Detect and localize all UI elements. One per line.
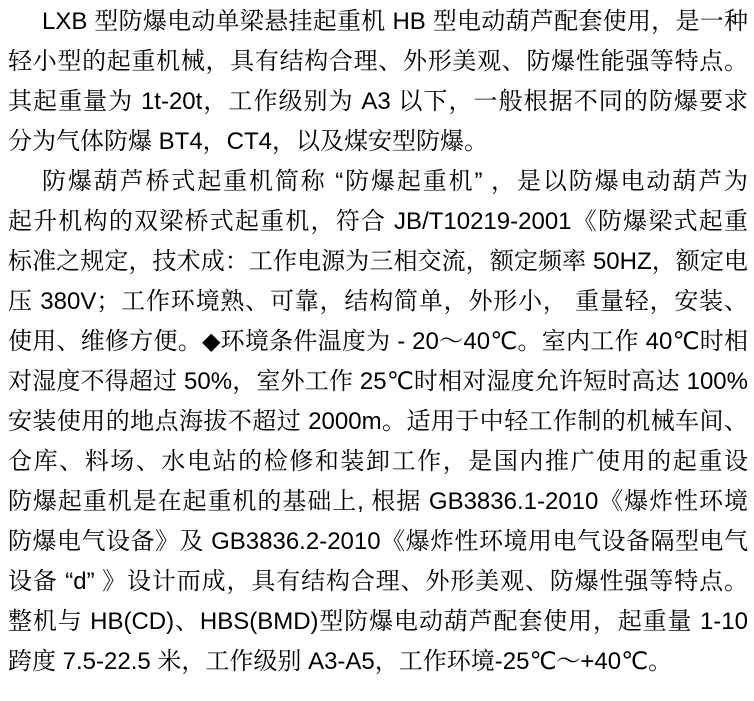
text-line: 分为气体防爆 BT4，CT4，以及煤安型防爆。 — [8, 122, 748, 162]
text-line: 跨度 7.5-22.5 米，工作级别 A3-A5，工作环境-25℃～+40℃。 — [8, 642, 748, 682]
text-line: LXB 型防爆电动单梁悬挂起重机 HB 型电动葫芦配套使用，是一种 — [8, 2, 748, 42]
text-line: 起升机构的双梁桥式起重机，符合 JB/T10219-2001《防爆梁式起重机》 — [8, 202, 748, 242]
text-line: 对湿度不得超过 50%，室外工作 25℃时相对湿度允许短时高达 100% 。 — [8, 362, 748, 402]
text-line: 仓库、料场、水电站的检修和装卸工作，是国内推广使用的起重设备。 — [8, 442, 748, 482]
text-line: 轻小型的起重机械，具有结构合理、外形美观、防爆性能强等特点。 — [8, 42, 748, 82]
text-line: 防爆葫芦桥式起重机简称 “防爆起重机” ，是以防爆电动葫芦为 — [8, 162, 748, 202]
document-page: LXB 型防爆电动单梁悬挂起重机 HB 型电动葫芦配套使用，是一种轻小型的起重机… — [0, 0, 754, 701]
text-line: 安装使用的地点海拔不超过 2000m。适用于中轻工作制的机械车间、 — [8, 402, 748, 442]
text-line: 压 380V；工作环境熟、可靠，结构简单，外形小， 重量轻，安装、 — [8, 282, 748, 322]
text-line: 整机与 HB(CD)、HBS(BMD)型防爆电动葫芦配套使用，起重量 1-10 … — [8, 602, 748, 642]
paragraph: LXB 型防爆电动单梁悬挂起重机 HB 型电动葫芦配套使用，是一种轻小型的起重机… — [8, 2, 748, 162]
text-line: 设备 “d” 》设计而成，具有结构合理、外形美观、防爆性强等特点。 — [8, 562, 748, 602]
text-line: 其起重量为 1t-20t，工作级别为 A3 以下，一般根据不同的防爆要求 — [8, 82, 748, 122]
text-line: 标准之规定，技术成：工作电源为三相交流，额定频率 50HZ，额定电 — [8, 242, 748, 282]
document-body: LXB 型防爆电动单梁悬挂起重机 HB 型电动葫芦配套使用，是一种轻小型的起重机… — [8, 2, 748, 682]
text-line: 防爆电气设备》及 GB3836.2-2010《爆炸性环境用电气设备隔型电气 — [8, 522, 748, 562]
paragraph: 防爆葫芦桥式起重机简称 “防爆起重机” ，是以防爆电动葫芦为起升机构的双梁桥式起… — [8, 162, 748, 682]
text-line: 防爆起重机是在起重机的基础上, 根据 GB3836.1-2010《爆炸性环境用 — [8, 482, 748, 522]
text-line: 使用、维修方便。◆环境条件温度为 - 20～40℃。室内工作 40℃时相 — [8, 322, 748, 362]
